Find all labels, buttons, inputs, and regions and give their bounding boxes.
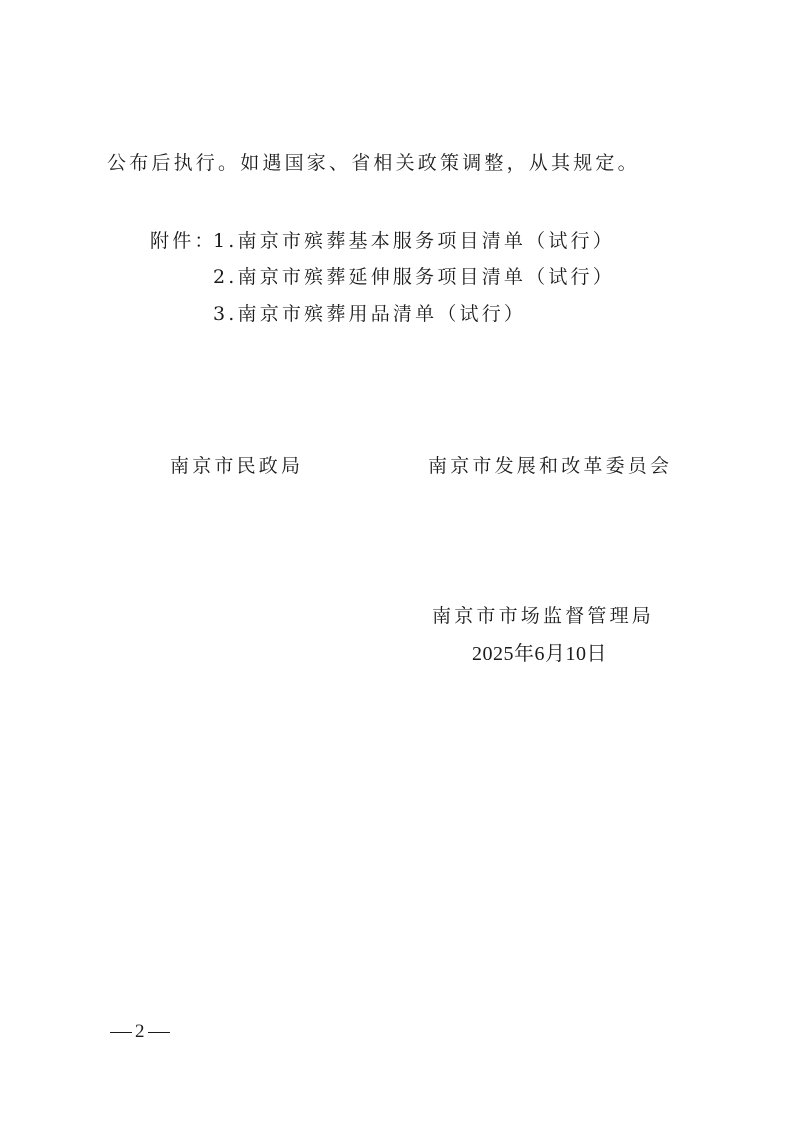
page-number: 2	[107, 1020, 173, 1044]
attachment-item: 1.南京市殡葬基本服务项目清单（试行）	[213, 229, 615, 253]
page-number-value: 2	[135, 1021, 145, 1042]
attachments-label: 附件：	[150, 229, 217, 253]
signatory-civil-affairs: 南京市民政局	[170, 454, 303, 478]
attachment-item: 2.南京市殡葬延伸服务项目清单（试行）	[213, 265, 615, 289]
attachment-item: 3.南京市殡葬用品清单（试行）	[213, 302, 526, 326]
paragraph-closing-text: 公布后执行。如遇国家、省相关政策调整，从其规定。	[107, 151, 640, 175]
signatory-development-reform: 南京市发展和改革委员会	[428, 454, 672, 478]
document-date: 2025年6月10日	[472, 642, 607, 666]
signatory-market-supervision: 南京市市场监督管理局	[432, 604, 654, 628]
dash-right	[148, 1032, 170, 1033]
dash-left	[110, 1032, 132, 1033]
